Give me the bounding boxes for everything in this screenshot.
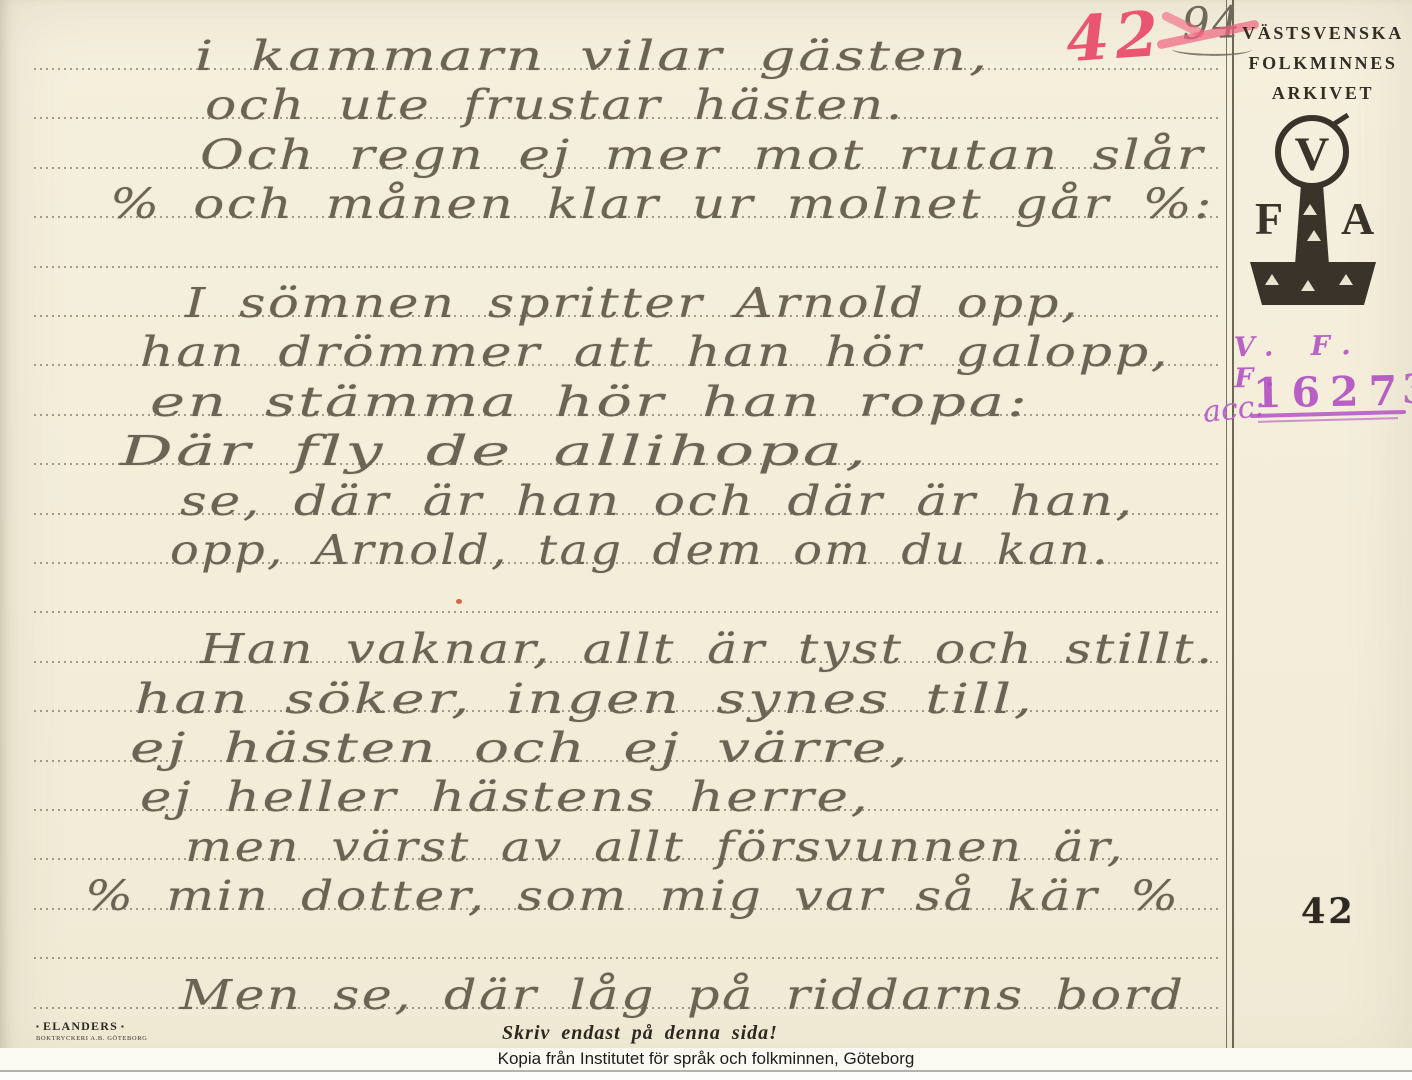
manuscript-line: Han vaknar, allt är tyst och stillt. (200, 623, 1215, 675)
ruled-line (34, 957, 1222, 959)
vfa-hammer-logo: V F A (1238, 104, 1388, 319)
red-page-number: 42 (1064, 0, 1167, 76)
accession-edge-mark: 3 (1402, 366, 1412, 413)
manuscript-line: ej hästen och ej värre, (130, 722, 911, 774)
svg-text:F: F (1255, 193, 1283, 244)
ruled-line (34, 611, 1222, 613)
printer-ornament-right: ▪ (121, 1023, 125, 1031)
svg-text:V: V (1295, 128, 1330, 181)
manuscript-line: en stämma hör han ropa: (150, 376, 1030, 428)
scan-caption: Kopia från Institutet för språk och folk… (0, 1048, 1412, 1070)
manuscript-line: men värst av allt försvunnen är, (185, 821, 1125, 873)
manuscript-line: Men se, där låg på riddarns bord (180, 969, 1185, 1021)
manuscript-line: han söker, ingen synes till, (135, 673, 1035, 725)
manuscript-line: han drömmer att han hör galopp, (140, 326, 1170, 378)
printer-mark: ▪ ELANDERS ▪ BOKTRYCKERI A.B. GÖTEBORG (36, 1019, 147, 1042)
printer-ornament-left: ▪ (36, 1023, 40, 1031)
scan-bottom-margin (0, 1072, 1412, 1080)
archive-name-line1: VÄSTSVENSKA (1240, 18, 1406, 48)
manuscript-line: i kammarn vilar gästen, (195, 30, 990, 82)
manuscript-line: ej heller hästens herre, (140, 771, 870, 823)
instruction-text: Skriv endast på denna sida! (420, 1022, 860, 1045)
manuscript-line: och ute frustar hästen. (205, 79, 905, 131)
printer-name: ELANDERS (43, 1019, 118, 1034)
manuscript-line: I sömnen spritter Arnold opp, (185, 277, 1080, 329)
accession-acc-label: acc: (1201, 389, 1266, 430)
margin-line-right (1232, 0, 1234, 1048)
manuscript-line: se, där är han och där är han, (180, 475, 1135, 527)
manuscript-line: % och månen klar ur molnet går %: (110, 178, 1214, 230)
printer-subtitle: BOKTRYCKERI A.B. GÖTEBORG (36, 1035, 147, 1042)
margin-line-left (1226, 0, 1227, 1048)
red-ink-dot (456, 599, 462, 604)
ruled-line (34, 266, 1222, 268)
archive-name-line2: FOLKMINNES (1240, 48, 1406, 78)
manuscript-line: opp, Arnold, tag dem om du kan. (170, 524, 1110, 576)
manuscript-line: % min dotter, som mig var så kär % (85, 870, 1181, 922)
svg-text:A: A (1341, 193, 1374, 244)
archive-name: VÄSTSVENSKA FOLKMINNES ARKIVET (1240, 18, 1406, 108)
bottom-page-stamp: 42 (1301, 891, 1356, 932)
manuscript-line: Och regn ej mer mot rutan slår (200, 129, 1205, 181)
manuscript-line: Där fly de allihopa, (120, 425, 869, 477)
